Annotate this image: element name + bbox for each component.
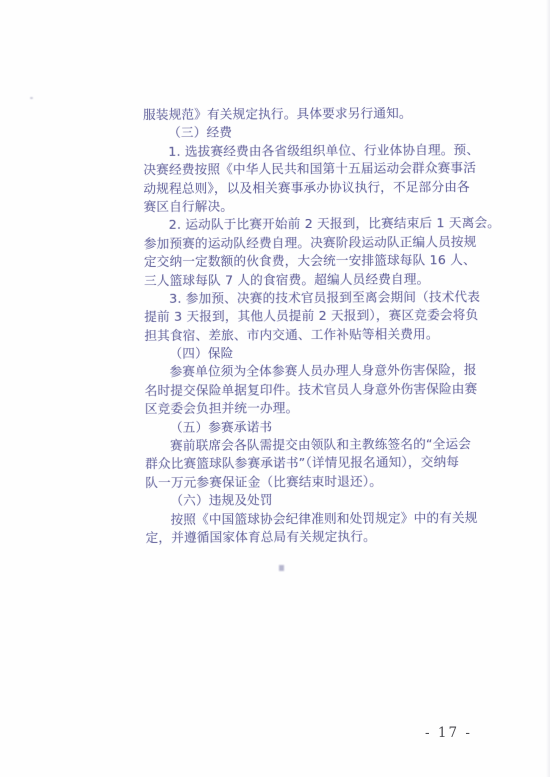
document-line: 赛前联席会各队需提交由领队和主教练签名的“全运会 bbox=[145, 435, 465, 455]
section-separator-mark bbox=[279, 565, 284, 571]
document-line: 赛区自行解决。 bbox=[144, 196, 464, 216]
document-line: 按照《中国篮球协会纪律准则和处罚规定》中的有关规 bbox=[145, 509, 465, 529]
document-line: 服装规范》有关规定执行。具体要求另行通知。 bbox=[143, 104, 463, 124]
document-line: 担其食宿、差旅、市内交通、工作补贴等相关费用。 bbox=[144, 325, 464, 345]
document-line: 2. 运动队于比赛开始前 2 天报到，比赛结束后 1 天离会。 bbox=[144, 214, 464, 234]
document-body: 服装规范》有关规定执行。具体要求另行通知。（三）经费1. 选拔赛经费由各省级组织… bbox=[143, 104, 466, 547]
document-line: 定交纳一定数额的伙食费，大会统一安排篮球每队 16 人、 bbox=[144, 251, 464, 271]
page-number: - 17 - bbox=[425, 725, 472, 741]
document-line: 参加预赛的运动队经费自理。决赛阶段运动队正编人员按规 bbox=[144, 233, 464, 253]
document-line: （六）违规及处罚 bbox=[145, 490, 465, 510]
scan-edge-shadow bbox=[546, 0, 550, 777]
document-line: 名时提交保险单据复印件。技术官员人身意外伤害保险由赛 bbox=[145, 380, 465, 400]
document-line: 决赛经费按照《中华人民共和国第十五届运动会群众赛事活 bbox=[143, 159, 463, 179]
document-line: （五）参赛承诺书 bbox=[145, 417, 465, 437]
document-line: 区竞委会负担并统一办理。 bbox=[145, 398, 465, 418]
document-line: 3. 参加预、决赛的技术官员报到至离会期间（技术代表 bbox=[144, 288, 464, 308]
document-line: 参赛单位须为全体参赛人员办理人身意外伤害保险，报 bbox=[145, 362, 465, 382]
scan-artifact-speck bbox=[30, 97, 33, 99]
document-line: 提前 3 天报到，其他人员提前 2 天报到），赛区竞委会将负 bbox=[144, 306, 464, 326]
scanned-document-page: 服装规范》有关规定执行。具体要求另行通知。（三）经费1. 选拔赛经费由各省级组织… bbox=[0, 0, 550, 777]
document-line: （四）保险 bbox=[144, 343, 464, 363]
document-line: 三人篮球每队 7 人的食宿费。超编人员经费自理。 bbox=[144, 270, 464, 290]
document-line: 群众比赛篮球队参赛承诺书”（详情见报名通知），交纳每 bbox=[145, 453, 465, 473]
document-line: 1. 选拔赛经费由各省级组织单位、行业体协自理。预、 bbox=[143, 141, 463, 161]
document-line: （三）经费 bbox=[143, 122, 463, 142]
document-line: 定，并遵循国家体育总局有关规定执行。 bbox=[146, 527, 466, 547]
document-line: 动规程总则》，以及相关赛事承办协议执行，不足部分由各 bbox=[143, 178, 463, 198]
document-line: 队一万元参赛保证金（比赛结束时退还）。 bbox=[145, 472, 465, 492]
